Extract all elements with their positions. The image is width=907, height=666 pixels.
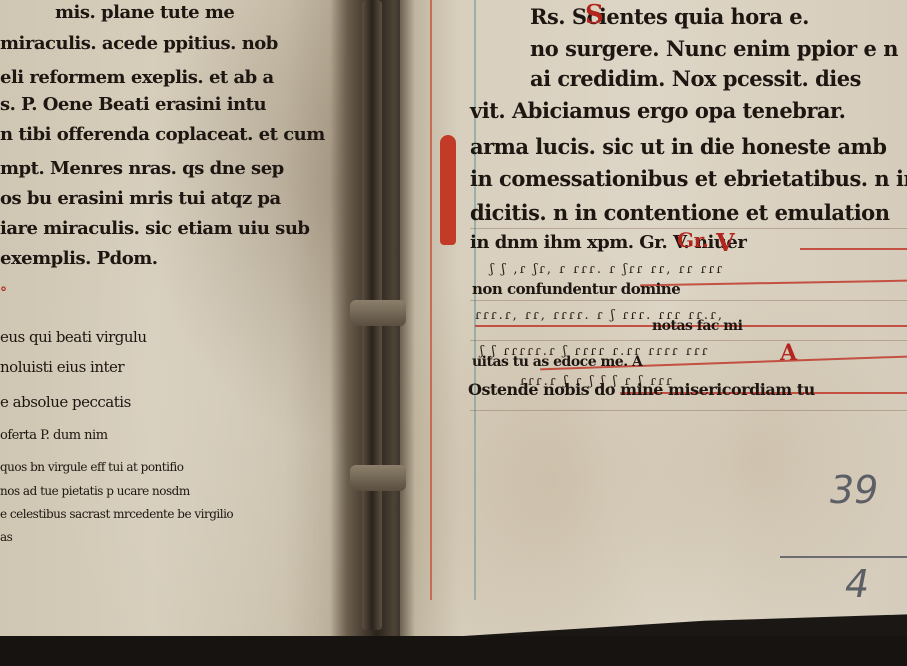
ruling-line: [470, 410, 907, 411]
manuscript-photo: mis. plane tute me miraculis. acede ppit…: [0, 0, 907, 666]
text-line: miraculis. acede ppitius. nob: [0, 33, 278, 54]
text-line: as: [0, 530, 12, 544]
text-line: exemplis. Pdom.: [0, 248, 158, 269]
rubric-gr: Gr.: [677, 228, 708, 252]
text-line: mis. plane tute me: [55, 2, 234, 23]
spine-sewing-band: [350, 465, 406, 491]
text-line: in comessationibus et ebrietatibus. n in: [470, 166, 907, 191]
text-line: Rs. Scientes quia hora e.: [530, 4, 809, 29]
staff-line: [800, 248, 907, 250]
rubric-initial-s: S: [585, 0, 603, 30]
text-line: iare miraculis. sic etiam uiu sub: [0, 218, 310, 239]
rubric-v: V: [716, 228, 734, 257]
text-line: dicitis. n in contentione et emulation: [470, 200, 889, 225]
text-line: e absolue peccatis: [0, 393, 131, 411]
rubric-mark: °: [0, 285, 7, 301]
chant-lyric: Ostende nobis do mine misericordiam tu: [468, 380, 815, 399]
text-line: s. P. Oene Beati erasini intu: [0, 94, 266, 115]
text-line: vit. Abiciamus ergo opa tenebrar.: [470, 98, 845, 123]
pencil-folio-number: 39: [830, 468, 878, 512]
text-line: eus qui beati virgulu: [0, 328, 147, 346]
text-line: no surgere. Nunc enim ppior e n: [530, 36, 898, 61]
rubric-a: A: [780, 340, 797, 366]
neumes: ʃ ʃ ,ɾ ʃɾ, ɾ ɾɾɾ. ɾ ʃɾɾ ɾɾ, ɾɾ ɾɾɾ: [490, 262, 724, 277]
text-line: eli reformem exeplis. et ab a: [0, 67, 274, 88]
chant-lyric: non confundentur domine: [472, 280, 680, 298]
red-initial-letter: [440, 135, 456, 245]
text-line: os bu erasini mris tui atqz pa: [0, 188, 281, 209]
text-line: oferta P. dum nim: [0, 428, 108, 443]
text-line: quos bn virgule eff tui at pontifio: [0, 460, 183, 474]
spine-sewing-band: [350, 300, 406, 326]
pencil-rule: [780, 556, 907, 558]
ruling-line: [470, 340, 907, 341]
ruling-line: [470, 300, 907, 301]
chant-lyric: notas fac mi: [652, 318, 742, 334]
text-line: nos ad tue pietatis p ucare nosdm: [0, 484, 190, 498]
pencil-folio-number: 4: [845, 562, 869, 606]
text-line: mpt. Menres nras. qs dne sep: [0, 158, 284, 179]
text-line: n tibi offerenda coplaceat. et cum: [0, 124, 325, 145]
text-line: arma lucis. sic ut in die honeste amb: [470, 134, 886, 159]
chant-lyric: uitas tu as edoce me. A: [472, 354, 642, 370]
text-line: ai credidim. Nox pcessit. dies: [530, 66, 861, 91]
table-surface: [0, 636, 907, 666]
text-line: e celestibus sacrast mrcedente be virgil…: [0, 507, 233, 521]
text-line: noluisti eius inter: [0, 358, 124, 376]
